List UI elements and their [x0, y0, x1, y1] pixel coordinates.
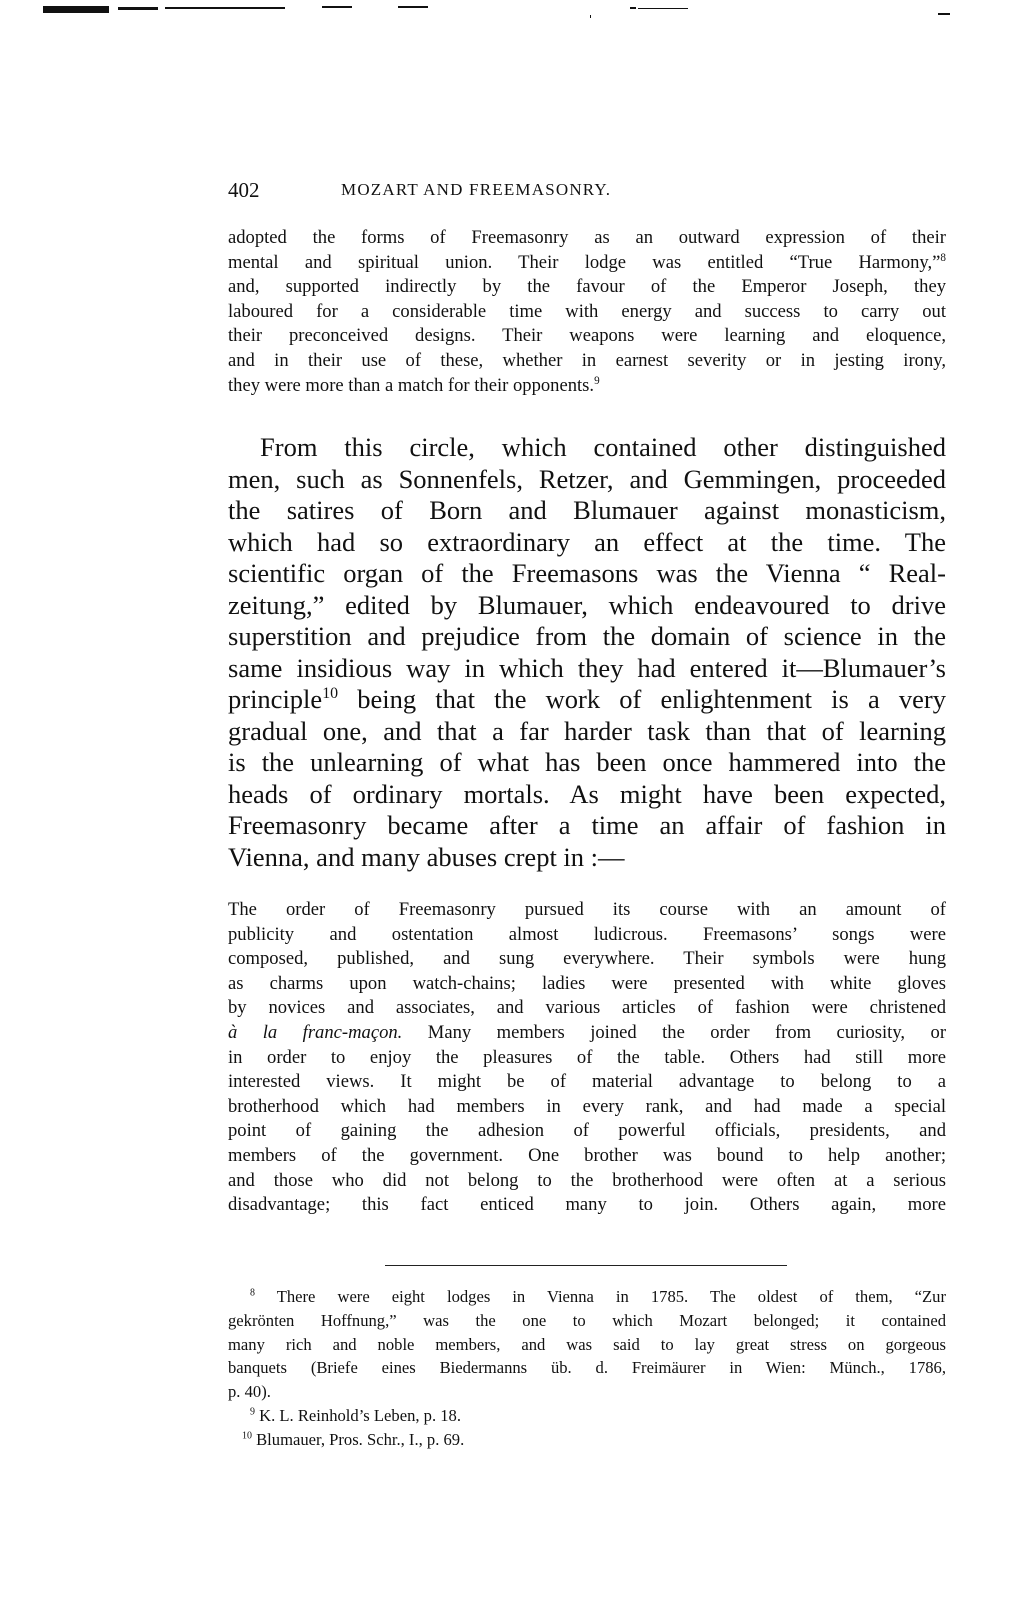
quote-line: brotherhood which had members in every r…	[228, 1095, 946, 1120]
quote-line: and, supported indirectly by the favour …	[228, 275, 946, 300]
body-line: is the unlearning of what has been once …	[228, 747, 946, 779]
footnote-line: many rich and noble members, and was sai…	[228, 1333, 946, 1357]
body-line: principle10 being that the work of enlig…	[228, 684, 946, 716]
quote-line: in order to enjoy the pleasures of the t…	[228, 1046, 946, 1071]
main-paragraph: From this circle, which contained other …	[228, 432, 946, 873]
quote-line: as charms upon watch-chains; ladies were…	[228, 972, 946, 997]
body-line: zeitung,” edited by Blumauer, which ende…	[228, 590, 946, 622]
quote-line: they were more than a match for their op…	[228, 374, 946, 399]
footnote-line: banquets (Briefe eines Biedermanns üb. d…	[228, 1356, 946, 1380]
footnotes: 8 There were eight lodges in Vienna in 1…	[228, 1285, 946, 1452]
quote-line: by novices and associates, and various a…	[228, 996, 946, 1021]
footnote-divider	[385, 1265, 787, 1266]
quote-line: composed, published, and sung everywhere…	[228, 947, 946, 972]
body-line: scientific organ of the Freemasons was t…	[228, 558, 946, 590]
body-line: From this circle, which contained other …	[228, 432, 946, 464]
running-head: 402 MOZART AND FREEMASONRY.	[228, 178, 946, 204]
body-line: gradual one, and that a far harder task …	[228, 716, 946, 748]
footnote-ref-10[interactable]: 10	[322, 685, 338, 702]
quote-line: disadvantage; this fact enticed many to …	[228, 1193, 946, 1218]
quote-line: adopted the forms of Freemasonry as an o…	[228, 226, 946, 251]
body-line: men, such as Sonnenfels, Retzer, and Gem…	[228, 464, 946, 496]
body-line: which had so extraordinary an effect at …	[228, 527, 946, 559]
running-title: MOZART AND FREEMASONRY.	[341, 180, 611, 200]
quote-line: members of the government. One brother w…	[228, 1144, 946, 1169]
footnote-ref-8[interactable]: 8	[940, 251, 946, 263]
footnote-8: 8 There were eight lodges in Vienna in 1…	[228, 1285, 946, 1309]
scan-artifacts	[0, 0, 1034, 40]
quote-line: and in their use of these, whether in ea…	[228, 349, 946, 374]
footnote-line: p. 40).	[228, 1380, 946, 1404]
body-line: heads of ordinary mortals. As might have…	[228, 779, 946, 811]
quote-line: their preconceived designs. Their weapon…	[228, 324, 946, 349]
footnote-9: 9 K. L. Reinhold’s Leben, p. 18.	[228, 1404, 946, 1428]
body-line: Vienna, and many abuses crept in :—	[228, 842, 946, 874]
quote-line: interested views. It might be of materia…	[228, 1070, 946, 1095]
italic-phrase: à la franc-maçon.	[228, 1022, 402, 1043]
body-line: the satires of Born and Blumauer against…	[228, 495, 946, 527]
footnote-ref-9[interactable]: 9	[594, 374, 600, 386]
footnote-line: gekrönten Hoffnung,” was the one to whic…	[228, 1309, 946, 1333]
quote-line: à la franc-maçon. Many members joined th…	[228, 1021, 946, 1046]
quote-line: point of gaining the adhesion of powerfu…	[228, 1119, 946, 1144]
page-number: 402	[228, 178, 260, 203]
body-line: Freemasonry became after a time an affai…	[228, 810, 946, 842]
body-line: superstition and prejudice from the doma…	[228, 621, 946, 653]
quote-line: publicity and ostentation almost ludicro…	[228, 923, 946, 948]
footnote-10: 10 Blumauer, Pros. Schr., I., p. 69.	[228, 1428, 946, 1452]
quote-line: The order of Freemasonry pursued its cou…	[228, 898, 946, 923]
quote-line: and those who did not belong to the brot…	[228, 1169, 946, 1194]
quote-line: laboured for a considerable time with en…	[228, 300, 946, 325]
body-line: same insidious way in which they had ent…	[228, 653, 946, 685]
block-quote-top: adopted the forms of Freemasonry as an o…	[228, 226, 946, 398]
quote-line: mental and spiritual union. Their lodge …	[228, 251, 946, 276]
block-quote-bottom: The order of Freemasonry pursued its cou…	[228, 898, 946, 1218]
